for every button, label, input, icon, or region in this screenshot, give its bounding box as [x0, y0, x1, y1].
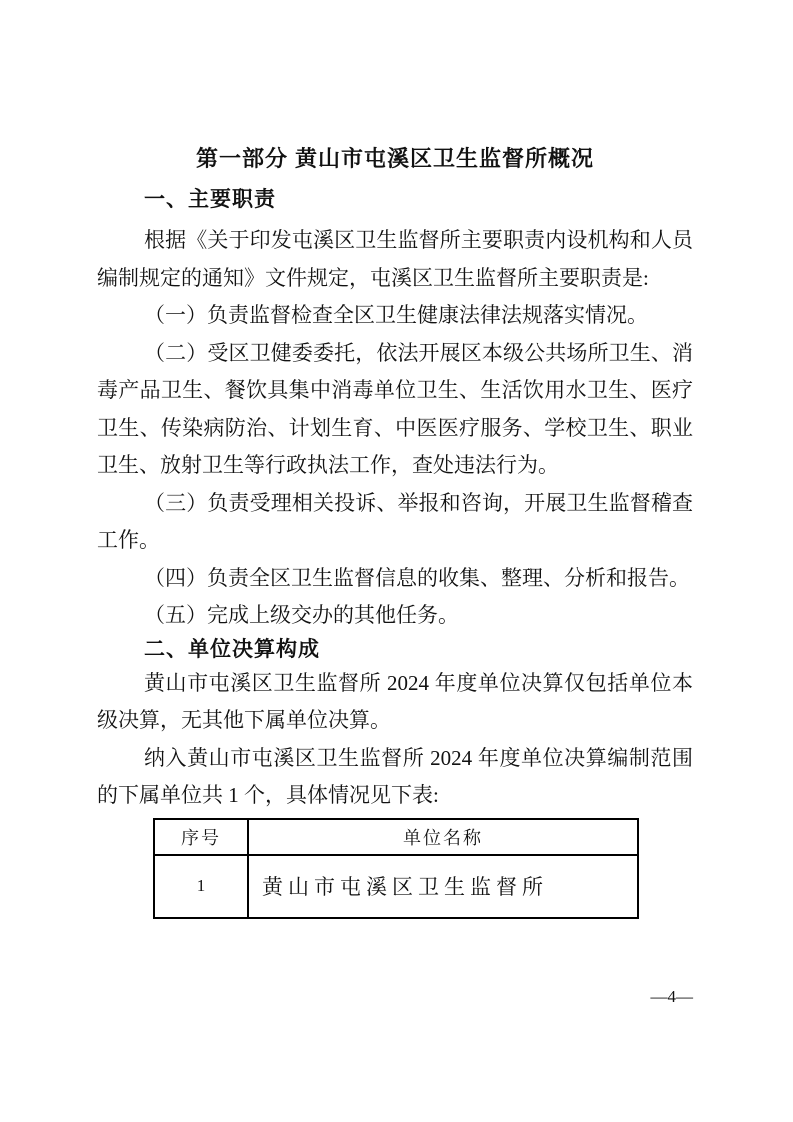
- text-line: 卫生、传染病防治、计划生育、中医医疗服务、学校卫生、职业: [97, 410, 693, 448]
- text-line: 根据《关于印发屯溪区卫生监督所主要职责内设机构和人员: [97, 222, 693, 260]
- text-line: 的下属单位共 1 个，具体情况见下表:: [97, 777, 693, 815]
- paragraph: 黄山市屯溪区卫生监督所 2024 年度单位决算仅包括单位本 级决算，无其他下属单…: [97, 665, 693, 740]
- text-line: 卫生、放射卫生等行政执法工作，查处违法行为。: [97, 447, 693, 485]
- table-cell-unit-name: 黄山市屯溪区卫生监督所: [248, 855, 638, 918]
- text-line: 纳入黄山市屯溪区卫生监督所 2024 年度单位决算编制范围: [97, 740, 693, 778]
- section-heading-main-duties: 一、主要职责: [97, 178, 693, 222]
- document-title: 第一部分 黄山市屯溪区卫生监督所概况: [97, 140, 693, 178]
- section-heading-budget-composition: 二、单位决算构成: [97, 635, 693, 665]
- table-header-unit-name: 单位名称: [248, 819, 638, 855]
- text-line: 工作。: [97, 522, 693, 560]
- table-header-row: 序号 单位名称: [154, 819, 638, 855]
- paragraph: （二）受区卫健委委托，依法开展区本级公共场所卫生、消 毒产品卫生、餐饮具集中消毒…: [97, 335, 693, 485]
- document-content: 第一部分 黄山市屯溪区卫生监督所概况 一、主要职责 根据《关于印发屯溪区卫生监督…: [97, 0, 693, 919]
- text-line: 编制规定的通知》文件规定，屯溪区卫生监督所主要职责是:: [97, 260, 693, 298]
- text-line: （二）受区卫健委委托，依法开展区本级公共场所卫生、消: [97, 335, 693, 373]
- text-line: （一）负责监督检查全区卫生健康法律法规落实情况。: [97, 297, 693, 335]
- table-row: 1 黄山市屯溪区卫生监督所: [154, 855, 638, 918]
- paragraph: 根据《关于印发屯溪区卫生监督所主要职责内设机构和人员 编制规定的通知》文件规定，…: [97, 222, 693, 297]
- paragraph: （五）完成上级交办的其他任务。: [97, 597, 693, 635]
- paragraph: （三）负责受理相关投诉、举报和咨询，开展卫生监督稽查 工作。: [97, 485, 693, 560]
- document-page: 第一部分 黄山市屯溪区卫生监督所概况 一、主要职责 根据《关于印发屯溪区卫生监督…: [0, 0, 793, 1122]
- page-number: —4—: [651, 986, 694, 1008]
- subordinate-units-table: 序号 单位名称 1 黄山市屯溪区卫生监督所: [153, 818, 639, 919]
- text-line: 黄山市屯溪区卫生监督所 2024 年度单位决算仅包括单位本: [97, 665, 693, 703]
- text-line: （五）完成上级交办的其他任务。: [97, 597, 693, 635]
- paragraph: （四）负责全区卫生监督信息的收集、整理、分析和报告。: [97, 560, 693, 598]
- text-line: 级决算，无其他下属单位决算。: [97, 702, 693, 740]
- table-cell-index: 1: [154, 855, 248, 918]
- paragraph: 纳入黄山市屯溪区卫生监督所 2024 年度单位决算编制范围 的下属单位共 1 个…: [97, 740, 693, 815]
- table-header-index: 序号: [154, 819, 248, 855]
- text-line: （四）负责全区卫生监督信息的收集、整理、分析和报告。: [97, 560, 693, 598]
- paragraph: （一）负责监督检查全区卫生健康法律法规落实情况。: [97, 297, 693, 335]
- text-line: 毒产品卫生、餐饮具集中消毒单位卫生、生活饮用水卫生、医疗: [97, 372, 693, 410]
- text-line: （三）负责受理相关投诉、举报和咨询，开展卫生监督稽查: [97, 485, 693, 523]
